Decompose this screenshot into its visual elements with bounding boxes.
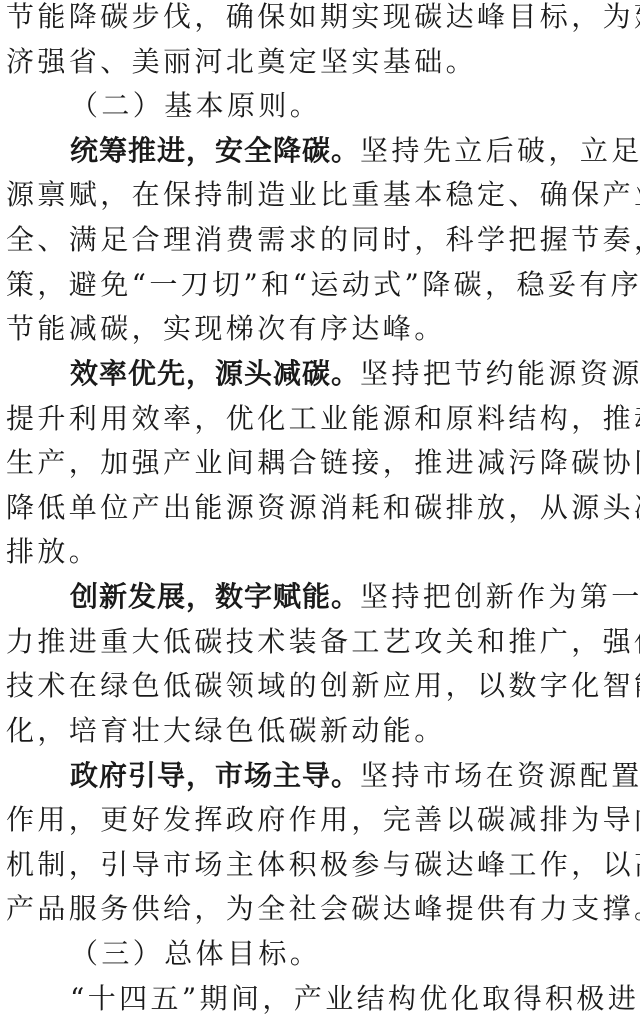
principle-title: 政府引导，市场主导。 bbox=[70, 759, 360, 792]
principle-heading-line: 效率优先，源头减碳。坚持把节约能源资源放在首位， bbox=[6, 352, 634, 397]
text-line: 降低单位产出能源资源消耗和碳排放，从源头减少二氧化碳 bbox=[6, 486, 634, 531]
section-heading-overall-goals: （三）总体目标。 bbox=[6, 932, 634, 977]
text-line: 机制，引导市场主体积极参与碳达峰工作，以高质量的绿色 bbox=[6, 843, 634, 888]
principle-title: 统筹推进，安全降碳。 bbox=[70, 134, 360, 167]
section-heading-basic-principles: （二）基本原则。 bbox=[6, 84, 634, 129]
text-line: 济强省、美丽河北奠定坚实基础。 bbox=[6, 40, 634, 85]
text-line: 源禀赋，在保持制造业比重基本稳定、确保产业链供应链安 bbox=[6, 173, 634, 218]
principle-heading-line: 创新发展，数字赋能。坚持把创新作为第一驱动力，着 bbox=[6, 575, 634, 620]
text-line: 节能减碳，实现梯次有序达峰。 bbox=[6, 307, 634, 352]
text-line: 节能降碳步伐，确保如期实现碳达峰目标，为建设现代化经 bbox=[6, 0, 634, 40]
text-line: 力推进重大低碳技术装备工艺攻关和推广，强化新一代信息 bbox=[6, 620, 634, 665]
text-line: 技术在绿色低碳领域的创新应用，以数字化智能化赋能绿色 bbox=[6, 664, 634, 709]
text-line: 作用，更好发挥政府作用，完善以碳减排为导向的激励约束 bbox=[6, 798, 634, 843]
text-line: 生产，加强产业间耦合链接，推进减污降碳协同增效，持续 bbox=[6, 441, 634, 486]
text-line: “十四五”期间，产业结构优化取得积极进展，能源资 bbox=[6, 977, 634, 1022]
document-page: 节能降碳步伐，确保如期实现碳达峰目标，为建设现代化经 济强省、美丽河北奠定坚实基… bbox=[0, 0, 640, 1027]
principle-heading-line: 政府引导，市场主导。坚持市场在资源配置中的决定性 bbox=[6, 754, 634, 799]
text-line: 全、满足合理消费需求的同时，科学把握节奏，加强分类施 bbox=[6, 218, 634, 263]
text-line: 产品服务供给，为全社会碳达峰提供有力支撑。 bbox=[6, 887, 634, 932]
text-line: 化，培育壮大绿色低碳新动能。 bbox=[6, 709, 634, 754]
text-line: 排放。 bbox=[6, 530, 634, 575]
principle-title: 创新发展，数字赋能。 bbox=[70, 580, 360, 613]
text-line: 提升利用效率，优化工业能源和原料结构，推动企业循环式 bbox=[6, 397, 634, 442]
principle-title: 效率优先，源头减碳。 bbox=[70, 357, 360, 390]
text-line: 策，避免“一刀切”和“运动式”降碳，稳妥有序推动重点行业 bbox=[6, 263, 634, 308]
principle-heading-line: 统筹推进，安全降碳。坚持先立后破，立足各地能源资 bbox=[6, 129, 634, 174]
